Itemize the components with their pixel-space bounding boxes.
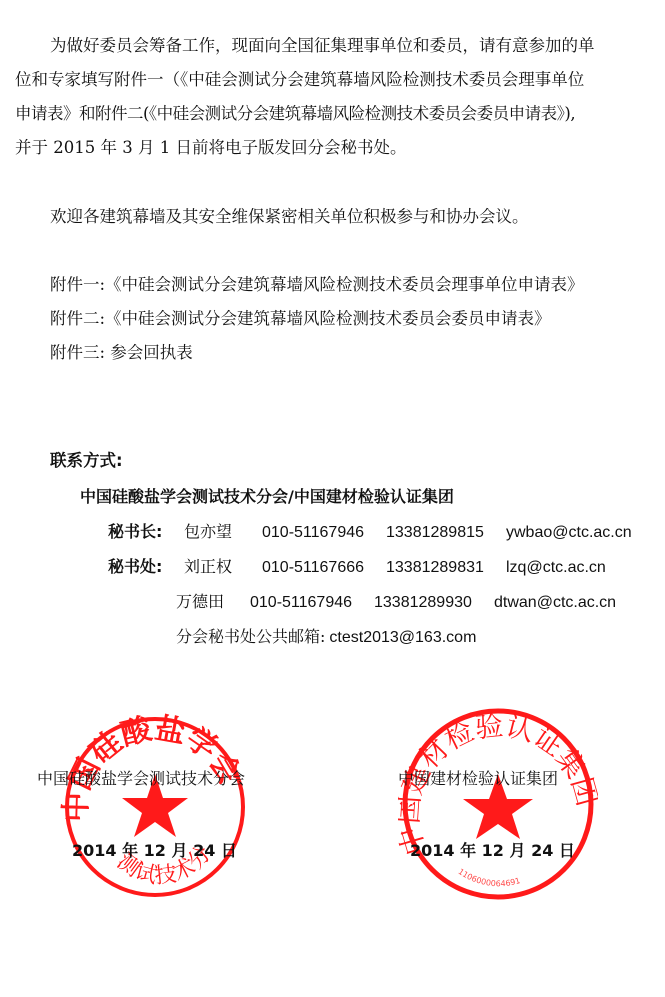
seal-2-stamp: 中国建材检验认证集团 1106000064691 [398, 704, 598, 904]
signature-1-date: 2014 年 12 月 24 日 [72, 838, 237, 861]
contact-organization: 中国硅酸盐学会测试技术分会/中国建材检验认证集团 [80, 487, 454, 507]
public-email-label: 分会秘书处公共邮箱: [176, 627, 325, 647]
contact-role: 秘书长: [108, 522, 184, 542]
seal-serial: 1106000064691 [456, 867, 521, 888]
contact-name: 包亦望 [184, 522, 262, 542]
contact-row-secretariat-1: 秘书处:刘正权010-5116766613381289831lzq@ctc.ac… [108, 557, 606, 578]
contact-phone: 010-51167946 [250, 593, 374, 613]
contact-row-secretariat-2: 万德田010-5116794613381289930dtwan@ctc.ac.c… [176, 592, 616, 613]
paragraph-1-line-2: 位和专家填写附件一（《中硅会测试分会建筑幕墙风险检测技术委员会理事单位 [15, 70, 584, 90]
contact-mobile: 13381289815 [386, 523, 506, 543]
contact-name: 万德田 [176, 592, 250, 612]
contact-mobile: 13381289831 [386, 558, 506, 578]
contact-email[interactable]: lzq@ctc.ac.cn [506, 558, 606, 578]
contact-public-email: 分会秘书处公共邮箱:ctest2013@163.com [176, 627, 476, 648]
public-email[interactable]: ctest2013@163.com [329, 628, 476, 648]
contact-name: 刘正权 [184, 557, 262, 577]
contact-email[interactable]: ywbao@ctc.ac.cn [506, 523, 632, 543]
attachment-1: 附件一:《中硅会测试分会建筑幕墙风险检测技术委员会理事单位申请表》 [50, 275, 584, 295]
attachment-3: 附件三: 参会回执表 [50, 343, 193, 363]
paragraph-1-line-4: 并于 2015 年 3 月 1 日前将电子版发回分会秘书处。 [15, 138, 406, 158]
contact-mobile: 13381289930 [374, 593, 494, 613]
contact-role: 秘书处: [108, 557, 184, 577]
signature-2-org: 中国建材检验认证集团 [398, 766, 558, 789]
contact-phone: 010-51167946 [262, 523, 386, 543]
contact-email[interactable]: dtwan@ctc.ac.cn [494, 593, 616, 613]
contact-heading: 联系方式: [50, 451, 123, 471]
signature-2-date: 2014 年 12 月 24 日 [410, 838, 575, 861]
paragraph-1-line-1: 为做好委员会筹备工作，现面向全国征集理事单位和委员，请有意参加的单 [50, 36, 595, 56]
signature-1-org: 中国硅酸盐学会测试技术分会 [37, 766, 245, 789]
paragraph-2: 欢迎各建筑幕墙及其安全维保紧密相关单位积极参与和协办会议。 [50, 207, 529, 227]
seal-1-stamp: 中国硅酸盐学会 测试技术分会 [60, 712, 250, 902]
paragraph-1-line-3: 申请表》和附件二(《中硅会测试分会建筑幕墙风险检测技术委员会委员申请表》), [15, 104, 575, 124]
attachment-2: 附件二:《中硅会测试分会建筑幕墙风险检测技术委员会委员申请表》 [50, 309, 551, 329]
contact-row-secretary-general: 秘书长:包亦望010-5116794613381289815ywbao@ctc.… [108, 522, 632, 543]
contact-phone: 010-51167666 [262, 558, 386, 578]
